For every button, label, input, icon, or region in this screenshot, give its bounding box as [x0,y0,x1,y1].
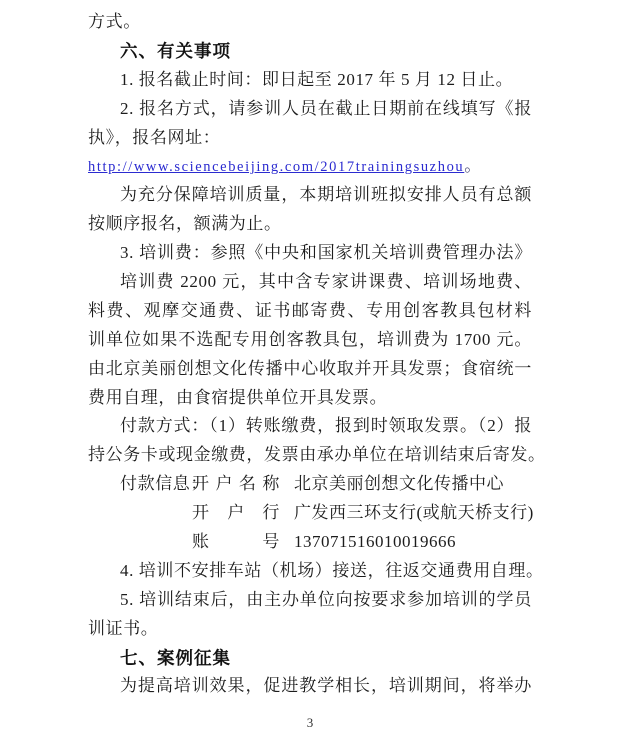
text-line: 持公务卡或现金缴费，发票由承办单位在培训结束后寄发。 [88,441,532,470]
document-body: 方式。六、有关事项1. 报名截止时间：即日起至 2017 年 5 月 12 日止… [0,0,620,701]
payment-field-label: 开户名称 [192,470,280,499]
text-line: 费用自理，由食宿提供单位开具发票。 [88,384,532,413]
text-line: 执》，报名网址： [88,124,532,153]
section-heading: 六、有关事项 [88,37,532,66]
payment-info-row: 开户行广发西三环支行(或航天桥支行) [88,499,532,528]
payment-info-row: 付款信息：开户名称北京美丽创想文化传播中心 [88,470,532,499]
text-line: 1. 报名截止时间：即日起至 2017 年 5 月 12 日止。 [88,66,532,95]
text-line: 3. 培训费：参照《中央和国家机关培训费管理办法》收取。 [88,239,532,268]
page-number: 3 [0,713,620,733]
text-line: 为提高培训效果，促进教学相长，培训期间，将举办与会 [88,672,532,701]
text-line: 5. 培训结束后，由主办单位向按要求参加培训的学员发培 [88,586,532,615]
text-line: 料费、观摩交通费、证书邮寄费、专用创客教具包材料费，参 [88,297,532,326]
document-page: 方式。六、有关事项1. 报名截止时间：即日起至 2017 年 5 月 12 日止… [0,0,620,743]
text-line: 训单位如果不选配专用创客教具包，培训费为 1700 元。培训费 [88,326,532,355]
payment-field-label: 开户行 [192,499,280,528]
url-line: http://www.sciencebeijing.com/2017traini… [88,152,532,181]
url-suffix-punctuation: 。 [464,156,482,175]
text-line: 培训费 2200 元，其中含专家讲课费、培训场地费、培训资 [88,268,532,297]
registration-url-link[interactable]: http://www.sciencebeijing.com/2017traini… [88,159,464,175]
text-line: 由北京美丽创想文化传播中心收取并开具发票；食宿统一安排， [88,355,532,384]
text-line: 2. 报名方式，请参训人员在截止日期前在线填写《报名回 [88,95,532,124]
payment-field-value: 137071516010019666 [294,528,456,557]
text-line: 4. 培训不安排车站（机场）接送，往返交通费用自理。 [88,557,532,586]
text-line: 训证书。 [88,615,532,644]
text-line: 付款方式：（1）转账缴费，报到时领取发票。（2）报到时 [88,412,532,441]
payment-field-label: 账号 [192,528,280,557]
text-line: 为充分保障培训质量，本期培训班拟安排人员有总额限制， [88,181,532,210]
payment-info-row: 账号137071516010019666 [88,528,532,557]
payment-field-value: 广发西三环支行(或航天桥支行) [294,499,534,528]
text-line: 方式。 [88,8,532,37]
payment-field-value: 北京美丽创想文化传播中心 [294,470,504,499]
section-heading: 七、案例征集 [88,644,532,673]
text-line: 按顺序报名，额满为止。 [88,210,532,239]
